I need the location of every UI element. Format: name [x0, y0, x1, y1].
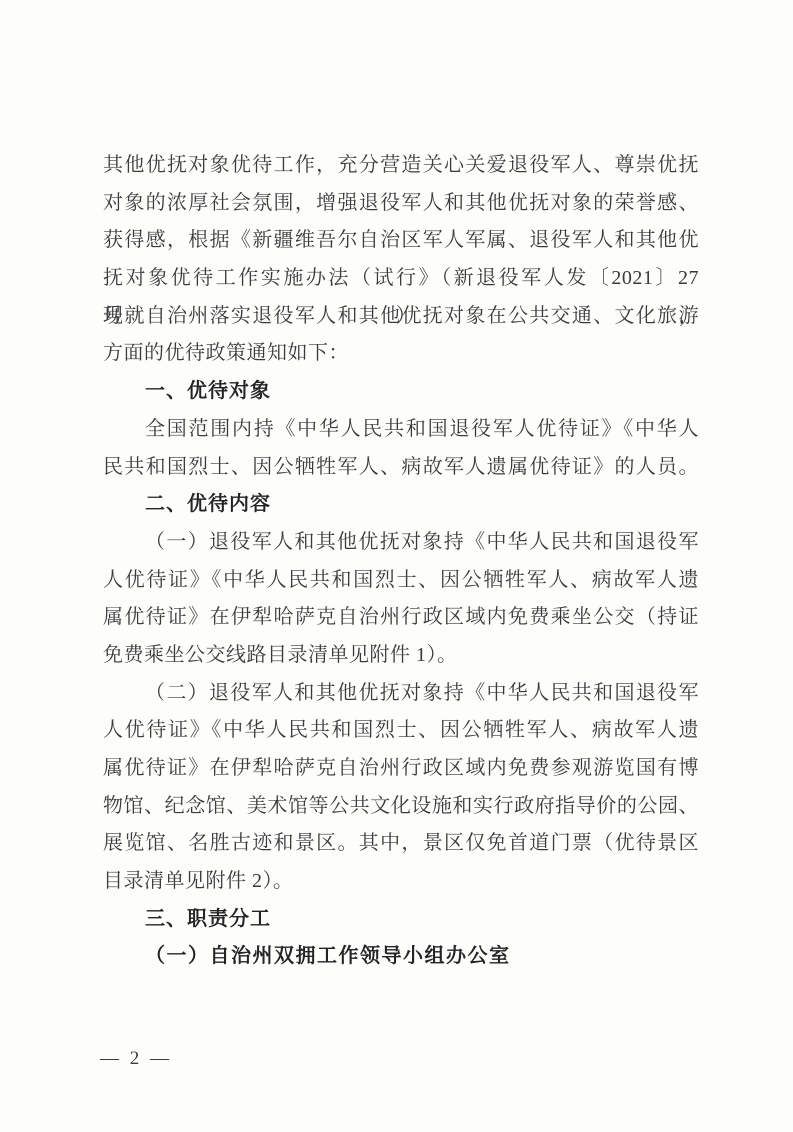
body-line: （一）退役军人和其他优抚对象持《中华人民共和国退役军 — [103, 524, 699, 562]
body-line: 目录清单见附件 2）。 — [103, 863, 699, 901]
body-line: 人优待证》《中华人民共和国烈士、因公牺牲军人、病故军人遗 — [103, 562, 699, 600]
body-line: 展览馆、名胜古迹和景区。其中，景区仅免首道门票（优待景区 — [103, 825, 699, 863]
body-line: 对象的浓厚社会氛围，增强退役军人和其他优抚对象的荣誉感、 — [103, 185, 699, 223]
body-line: （二）退役军人和其他优抚对象持《中华人民共和国退役军 — [103, 675, 699, 713]
body-line: 物馆、纪念馆、美术馆等公共文化设施和实行政府指导价的公园、 — [103, 788, 699, 826]
body-line: 获得感，根据《新疆维吾尔自治区军人军属、退役军人和其他优 — [103, 222, 699, 260]
scanned-document-page: 其他优抚对象优待工作，充分营造关心关爱退役军人、尊崇优抚 对象的浓厚社会氛围，增… — [0, 0, 793, 1132]
body-line: 民共和国烈士、因公牺牲军人、病故军人遗属优待证》的人员。 — [103, 449, 699, 487]
body-line: 方面的优待政策通知如下： — [103, 335, 699, 373]
body-line: 全国范围内持《中华人民共和国退役军人优待证》《中华人 — [103, 411, 699, 449]
body-line: 现就自治州落实退役军人和其他优抚对象在公共交通、文化旅游 — [103, 298, 699, 336]
section-1-heading: 一、优待对象 — [103, 373, 699, 411]
body-line: 属优待证》在伊犁哈萨克自治州行政区域内免费乘坐公交（持证 — [103, 599, 699, 637]
section-3-heading: 三、职责分工 — [103, 901, 699, 939]
body-line: 人优待证》《中华人民共和国烈士、因公牺牲军人、病故军人遗 — [103, 712, 699, 750]
section-3-subheading-1: （一）自治州双拥工作领导小组办公室 — [103, 938, 699, 976]
document-text-block: 其他优抚对象优待工作，充分营造关心关爱退役军人、尊崇优抚 对象的浓厚社会氛围，增… — [103, 147, 699, 976]
body-line: 抚对象优待工作实施办法（试行》（新退役军人发〔2021〕27 号）， — [103, 260, 699, 298]
page-number: — 2 — — [100, 1048, 172, 1070]
section-2-heading: 二、优待内容 — [103, 486, 699, 524]
body-line: 其他优抚对象优待工作，充分营造关心关爱退役军人、尊崇优抚 — [103, 147, 699, 185]
body-line: 属优待证》在伊犁哈萨克自治州行政区域内免费参观游览国有博 — [103, 750, 699, 788]
body-line: 免费乘坐公交线路目录清单见附件 1）。 — [103, 637, 699, 675]
